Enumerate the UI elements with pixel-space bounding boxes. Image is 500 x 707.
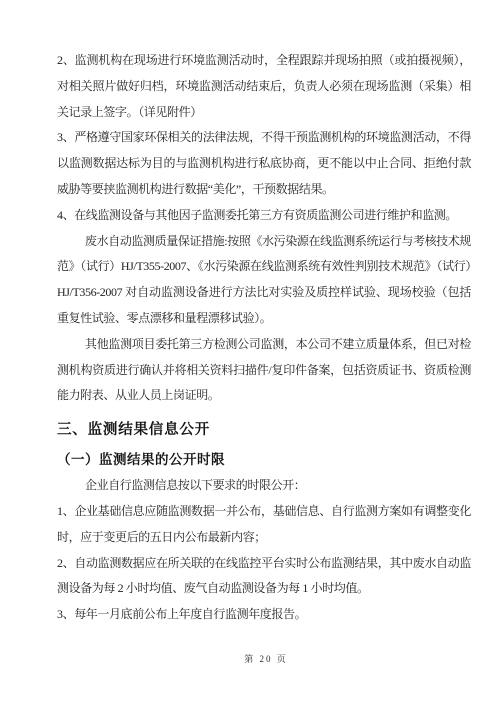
document-page: 2、监测机构在现场进行环境监测活动时，全程跟踪并现场拍照（或拍摄视频），对相关照… <box>0 0 500 707</box>
section-heading: 三、监测结果信息公开 <box>57 416 471 444</box>
body-paragraph: 2、监测机构在现场进行环境监测活动时，全程跟踪并现场拍照（或拍摄视频），对相关照… <box>57 48 471 125</box>
body-paragraph: 2、自动监测数据应在所关联的在线监控平台实时公布监测结果，其中废水自动监测设备为… <box>57 551 471 603</box>
body-paragraph: 1、企业基础信息应随监测数据一并公布，基础信息、自行监测方案如有调整变化时，应于… <box>57 499 471 551</box>
body-paragraph: 废水自动监测质量保证措施:按照《水污染源在线监测系统运行与考核技术规范》（试行）… <box>57 229 471 332</box>
body-paragraph: 3、每年一月底前公布上年度自行监测年度报告。 <box>57 602 471 628</box>
body-paragraph: 3、严格遵守国家环保相关的法律法规，不得干预监测机构的环境监测活动，不得以监测数… <box>57 125 471 202</box>
body-paragraph: 其他监测项目委托第三方检测公司监测，本公司不建立质量体系，但已对检测机构资质进行… <box>57 332 471 409</box>
document-body: 2、监测机构在现场进行环境监测活动时，全程跟踪并现场拍照（或拍摄视频），对相关照… <box>57 48 471 628</box>
body-paragraph: 企业自行监测信息按以下要求的时限公开： <box>57 473 471 499</box>
body-paragraph: 4、在线监测设备与其他因子监测委托第三方有资质监测公司进行维护和监测。 <box>57 203 471 229</box>
page-number: 第 20 页 <box>16 652 500 665</box>
subsection-heading: （一）监测结果的公开时限 <box>57 446 471 473</box>
